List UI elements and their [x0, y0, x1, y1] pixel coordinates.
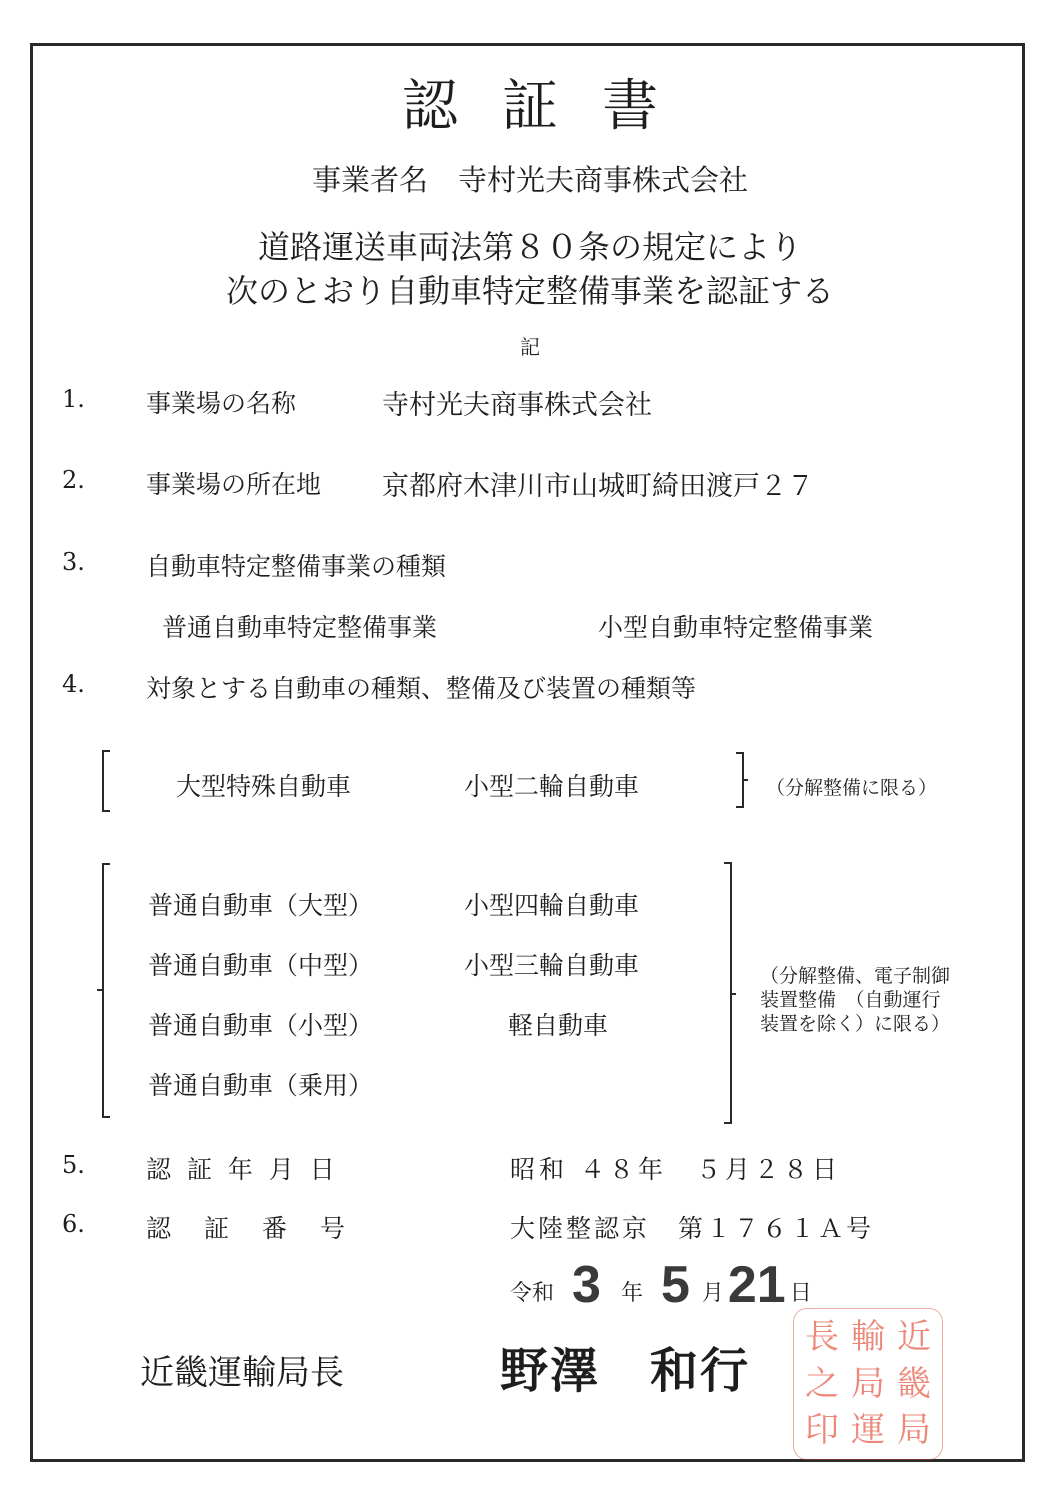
document-title: 認証書	[0, 62, 1060, 142]
item-3-type-2: 小型自動車特定整備事業	[598, 608, 873, 644]
holder-label: 事業者名	[312, 163, 428, 197]
item-6-label: 認 証 番 号	[146, 1209, 349, 1245]
issuer-name: 野澤 和行	[500, 1332, 750, 1401]
group-2-left-bracket	[102, 863, 110, 1118]
issue-date-day: 21	[728, 1255, 786, 1315]
item-6-number: 6.	[62, 1210, 85, 1238]
issue-date-year: 3	[572, 1255, 601, 1315]
group-2-right-bracket-tick	[730, 993, 736, 995]
declaration-line-1: 道路運送車両法第８０条の規定により	[0, 222, 1060, 268]
group-2-left-1: 普通自動車（大型）	[148, 886, 373, 922]
issue-date-day-unit: 日	[790, 1276, 812, 1307]
issue-date-month-unit: 月	[702, 1276, 724, 1307]
business-holder: 事業者名寺村光夫商事株式会社	[0, 158, 1060, 199]
group-2-left-bracket-tick	[97, 989, 103, 991]
group-2-right-3: 軽自動車	[508, 1006, 608, 1042]
group-2-note-line-1: （分解整備、電子制御	[760, 961, 950, 988]
issue-date-era: 令和	[510, 1276, 554, 1307]
group-2-right-2: 小型三輪自動車	[464, 946, 639, 982]
holder-name: 寺村光夫商事株式会社	[458, 163, 748, 197]
issue-date-month: 5	[661, 1255, 690, 1315]
item-4-number: 4.	[62, 670, 85, 698]
item-2-label: 事業場の所在地	[146, 465, 321, 501]
declaration-line-2: 次のとおり自動車特定整備事業を認証する	[0, 266, 1060, 312]
seal-char: 局	[846, 1362, 890, 1407]
seal-char: 之	[800, 1362, 844, 1407]
seal-char: 近	[892, 1315, 936, 1360]
group-2-left-2: 普通自動車（中型）	[148, 946, 373, 982]
seal-char: 運	[846, 1408, 890, 1453]
seal-char: 印	[800, 1408, 844, 1453]
group-1-left-bracket	[102, 750, 110, 812]
item-2-value: 京都府木津川市山城町綺田渡戸２７	[382, 464, 814, 503]
group-2-left-4: 普通自動車（乗用）	[148, 1066, 373, 1102]
group-1-bracket-tick	[742, 779, 748, 781]
seal-char: 長	[800, 1315, 844, 1360]
item-1-number: 1.	[62, 385, 85, 413]
item-2-number: 2.	[62, 466, 85, 494]
group-2-left-3: 普通自動車（小型）	[148, 1006, 373, 1042]
item-4-label: 対象とする自動車の種類、整備及び装置の種類等	[146, 669, 696, 705]
issuer-title: 近畿運輸局長	[140, 1345, 344, 1394]
group-1-vehicle-1: 大型特殊自動車	[176, 767, 351, 803]
seal-char: 局	[892, 1408, 936, 1453]
item-5-number: 5.	[62, 1151, 85, 1179]
item-3-label: 自動車特定整備事業の種類	[146, 547, 446, 583]
seal-char: 畿	[892, 1362, 936, 1407]
official-seal-stamp: 長 輸 近 之 局 畿 印 運 局	[793, 1308, 943, 1460]
item-1-label: 事業場の名称	[146, 384, 296, 420]
group-1-vehicle-2: 小型二輪自動車	[464, 767, 639, 803]
group-2-right-1: 小型四輪自動車	[464, 886, 639, 922]
seal-char: 輸	[846, 1315, 890, 1360]
item-1-value: 寺村光夫商事株式会社	[382, 383, 652, 422]
item-5-value: 昭和 ４８年 ５月２８日	[510, 1150, 841, 1186]
item-3-number: 3.	[62, 548, 85, 576]
group-2-note-line-2: 装置整備 （自動運行	[760, 985, 941, 1012]
issue-date-year-unit: 年	[621, 1276, 643, 1307]
item-5-label: 認 証 年 月 日	[146, 1150, 339, 1186]
issue-date: 令和 3 年 5 月 21 日	[510, 1255, 812, 1315]
item-6-value: 大陸整認京 第１７６１Ａ号	[510, 1209, 874, 1245]
ki-mark: 記	[0, 331, 1060, 360]
group-1-note: （分解整備に限る）	[766, 773, 937, 800]
group-2-note-line-3: 装置を除く）に限る）	[760, 1009, 950, 1036]
item-3-type-1: 普通自動車特定整備事業	[162, 608, 437, 644]
